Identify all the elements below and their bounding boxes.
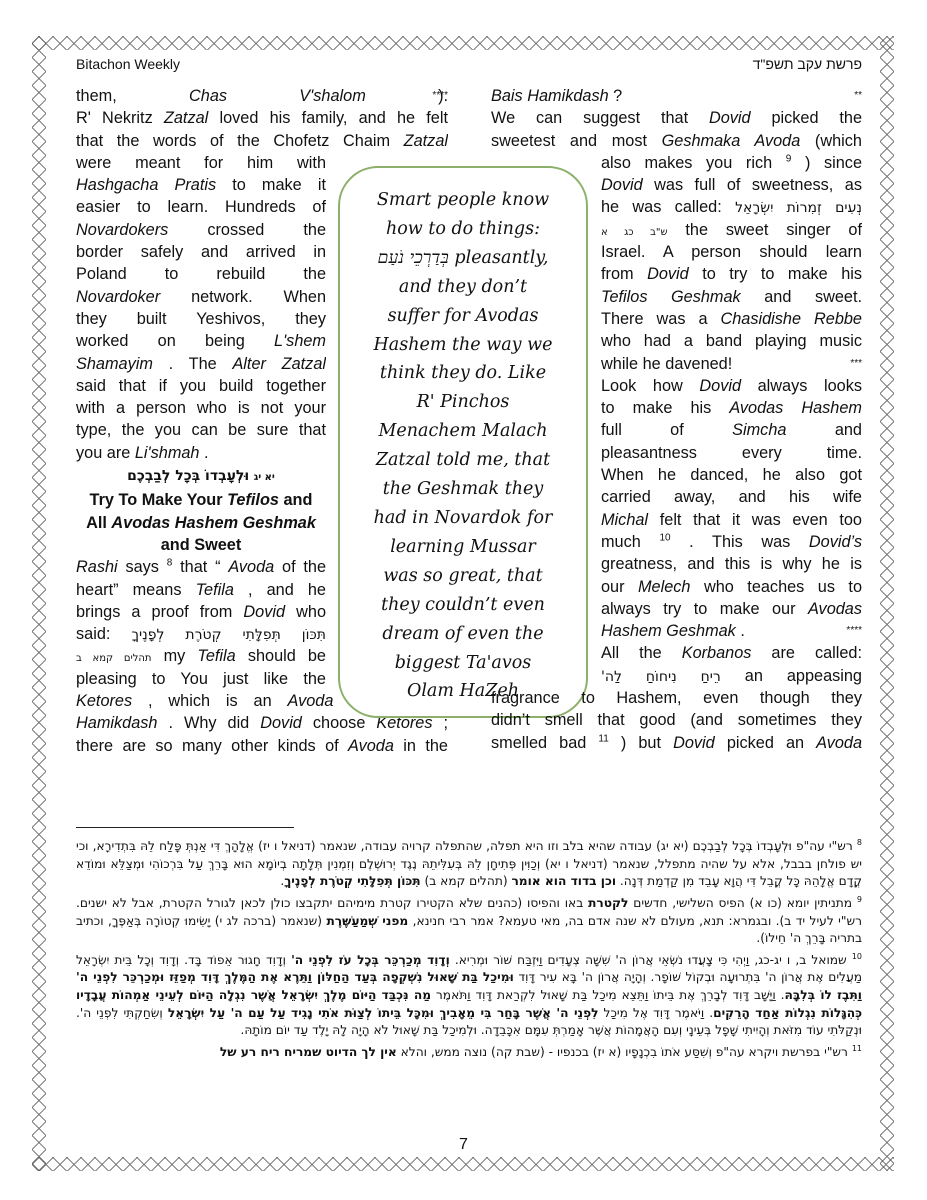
text-line: from Dovid to try to make his bbox=[601, 263, 862, 285]
text-line: worked on being L'shem bbox=[76, 330, 326, 352]
text-line: Poland to rebuild the bbox=[76, 263, 326, 285]
hebrew-source-ref: ש"ב כג א bbox=[601, 227, 668, 238]
right-column-text: Bais Hamikdash ? **We can suggest that D… bbox=[491, 85, 862, 754]
footnote-number: 10 bbox=[852, 952, 862, 961]
text-line: R' Nekritz Zatzal loved his family, and … bbox=[76, 107, 448, 129]
text-line: רֵיחַ נִיחוֹחַ לַה' an appeasing bbox=[601, 665, 862, 687]
footnote-10: 10 שמואל ב, ו יג-כג, וַיְהִי כִּי צָעֲדו… bbox=[76, 948, 862, 1040]
text-line: fragrance to Hashem, even though they bbox=[491, 687, 862, 709]
decorative-border-bottom bbox=[32, 1157, 894, 1171]
text-line: Novardokers crossed the bbox=[76, 219, 326, 241]
section-divider-stars: ** bbox=[854, 85, 862, 107]
text-line: them, Chas V'shalom ). **** bbox=[76, 85, 448, 107]
text-line: Tefilos Geshmak and sweet. bbox=[601, 286, 862, 308]
footnote-8: 8 רש"י עה"פ וּלְעָבְדוֹ בְּכָל לְבַבְכֶם… bbox=[76, 834, 862, 891]
text-line: with a person who is not your bbox=[76, 397, 326, 419]
text-line: pleasantness every time. bbox=[601, 442, 862, 464]
text-line: to make his Avodas Hashem bbox=[601, 397, 862, 419]
text-line: didn’t smell that good (and sometimes th… bbox=[491, 709, 862, 731]
text-line: always try to make our Avodas bbox=[601, 598, 862, 620]
footnote-9: 9 מתניתין יומא (כו א) הפיס השלישי, חדשים… bbox=[76, 891, 862, 948]
section-divider-stars: **** bbox=[432, 85, 448, 107]
text-line: When he danced, he also got bbox=[601, 464, 862, 486]
text-line: Israel. A person should learn bbox=[601, 241, 862, 263]
text-line: full of Simcha and bbox=[601, 419, 862, 441]
text-line: All the Korbanos are called: bbox=[601, 642, 862, 664]
hebrew-quote: תִּכּוֹן תְּפִלָּתִי קְטֹרֶת לְפָנֶיךָ bbox=[131, 627, 326, 643]
text-line: greatness, and this is why he is bbox=[601, 553, 862, 575]
decorative-border-right bbox=[880, 36, 894, 1171]
footnotes: 8 רש"י עה"פ וּלְעָבְדוֹ בְּכָל לְבַבְכֶם… bbox=[76, 834, 862, 1061]
footnote-text: מתניתין יומא (כו א) הפיס השלישי, חדשים ל… bbox=[76, 896, 862, 945]
text-line: heart” means Tefila , and he bbox=[76, 579, 326, 601]
text-line: Look how Dovid always looks bbox=[601, 375, 862, 397]
text-line: Bais Hamikdash ? ** bbox=[491, 85, 862, 107]
footnote-text: שמואל ב, ו יג-כג, וַיְהִי כִּי צָעֲדוּ נ… bbox=[76, 953, 862, 1037]
text-line: you are Li'shmah . bbox=[76, 442, 326, 464]
footnote-number: 11 bbox=[852, 1044, 862, 1053]
section-divider-stars: *** bbox=[850, 353, 862, 375]
text-line: also makes you rich 9 ) since bbox=[601, 152, 862, 174]
footnote-ref: 9 bbox=[786, 153, 792, 164]
text-line: our Melech who teaches us to bbox=[601, 576, 862, 598]
footnote-text: רש"י בפרשת ויקרא עה"פ וְשִׁסַּע אֹתוֹ בִ… bbox=[220, 1045, 848, 1059]
text-line: type, the you can be sure that bbox=[76, 419, 326, 441]
footnote-11: 11 רש"י בפרשת ויקרא עה"פ וְשִׁסַּע אֹתוֹ… bbox=[76, 1040, 862, 1062]
text-line: that the words of the Chofetz Chaim Zatz… bbox=[76, 130, 448, 152]
heading-verse-ref: יא יג bbox=[254, 472, 275, 483]
page-number: 7 bbox=[0, 1136, 927, 1154]
section-divider-stars: **** bbox=[846, 620, 862, 642]
text-line: they built Yeshivos, they bbox=[76, 308, 326, 330]
text-line: pleasing to You just like the bbox=[76, 668, 326, 690]
text-line: easier to learn. Hundreds of bbox=[76, 196, 326, 218]
text-line: We can suggest that Dovid picked the bbox=[491, 107, 862, 129]
text-line: he was called: נְעִים זְמִרוֹת יִשְׂרָאֵ… bbox=[601, 196, 862, 218]
text-line: carried away, and his wife bbox=[601, 486, 862, 508]
text-line: there are so many other kinds of Avoda i… bbox=[76, 735, 448, 757]
footnote-number: 9 bbox=[857, 895, 862, 904]
footnote-separator bbox=[76, 827, 294, 828]
heading-hebrew-verse: וּלְעָבְדוֹ בְּכָל לְבַבְכֶם bbox=[127, 468, 249, 484]
text-line: Michal felt that it was even too bbox=[601, 509, 862, 531]
text-line: Rashi says 8 that “ Avoda of the bbox=[76, 556, 326, 578]
parsha-title: פרשת עקב תשפ"ד bbox=[753, 56, 862, 72]
text-line: Shamayim . The Alter Zatzal bbox=[76, 353, 326, 375]
hebrew-quote: רֵיחַ נִיחוֹחַ לַה' bbox=[601, 669, 721, 685]
text-line: תהלים קמא ב my Tefila should be bbox=[76, 645, 326, 667]
text-line: said that if you build together bbox=[76, 375, 326, 397]
footnote-ref: 11 bbox=[598, 733, 608, 744]
right-column: Bais Hamikdash ? **We can suggest that D… bbox=[491, 85, 862, 754]
text-line: smelled bad 11 ) but Dovid picked an Avo… bbox=[491, 732, 862, 754]
footnote-ref: 10 bbox=[659, 533, 670, 544]
text-line: brings a proof from Dovid who bbox=[76, 601, 326, 623]
footnote-ref: 8 bbox=[167, 558, 173, 569]
decorative-border-left bbox=[32, 36, 46, 1171]
text-line: who had a band playing music bbox=[601, 330, 862, 352]
text-line: Hashem Geshmak . **** bbox=[601, 620, 862, 642]
text-line: sweetest and most Geshmaka Avoda (which bbox=[491, 130, 862, 152]
page-header: Bitachon Weekly פרשת עקב תשפ"ד bbox=[76, 56, 862, 76]
text-line: Hashgacha Pratis to make it bbox=[76, 174, 326, 196]
text-line: were meant for him with bbox=[76, 152, 326, 174]
footnote-text: רש"י עה"פ וּלְעָבְדוֹ בְּכָל לְבַבְכֶם (… bbox=[76, 839, 862, 888]
text-line: said: תִּכּוֹן תְּפִלָּתִי קְטֹרֶת לְפָנ… bbox=[76, 623, 326, 645]
text-line: much 10 . This was Dovid’s bbox=[601, 531, 862, 553]
text-line: border safely and arrived in bbox=[76, 241, 326, 263]
text-line: ש"ב כג א the sweet singer of bbox=[601, 219, 862, 241]
text-line: Novardoker network. When bbox=[76, 286, 326, 308]
hebrew-quote: נְעִים זְמִרוֹת יִשְׂרָאֵל bbox=[735, 200, 862, 216]
text-line: Dovid was full of sweetness, as bbox=[601, 174, 862, 196]
text-line: There was a Chasidishe Rebbe bbox=[601, 308, 862, 330]
decorative-border-top bbox=[32, 36, 894, 50]
text-line: while he davened! *** bbox=[601, 353, 862, 375]
publication-title: Bitachon Weekly bbox=[76, 56, 180, 72]
hebrew-source-ref: תהלים קמא ב bbox=[76, 653, 152, 664]
footnote-number: 8 bbox=[857, 838, 862, 847]
